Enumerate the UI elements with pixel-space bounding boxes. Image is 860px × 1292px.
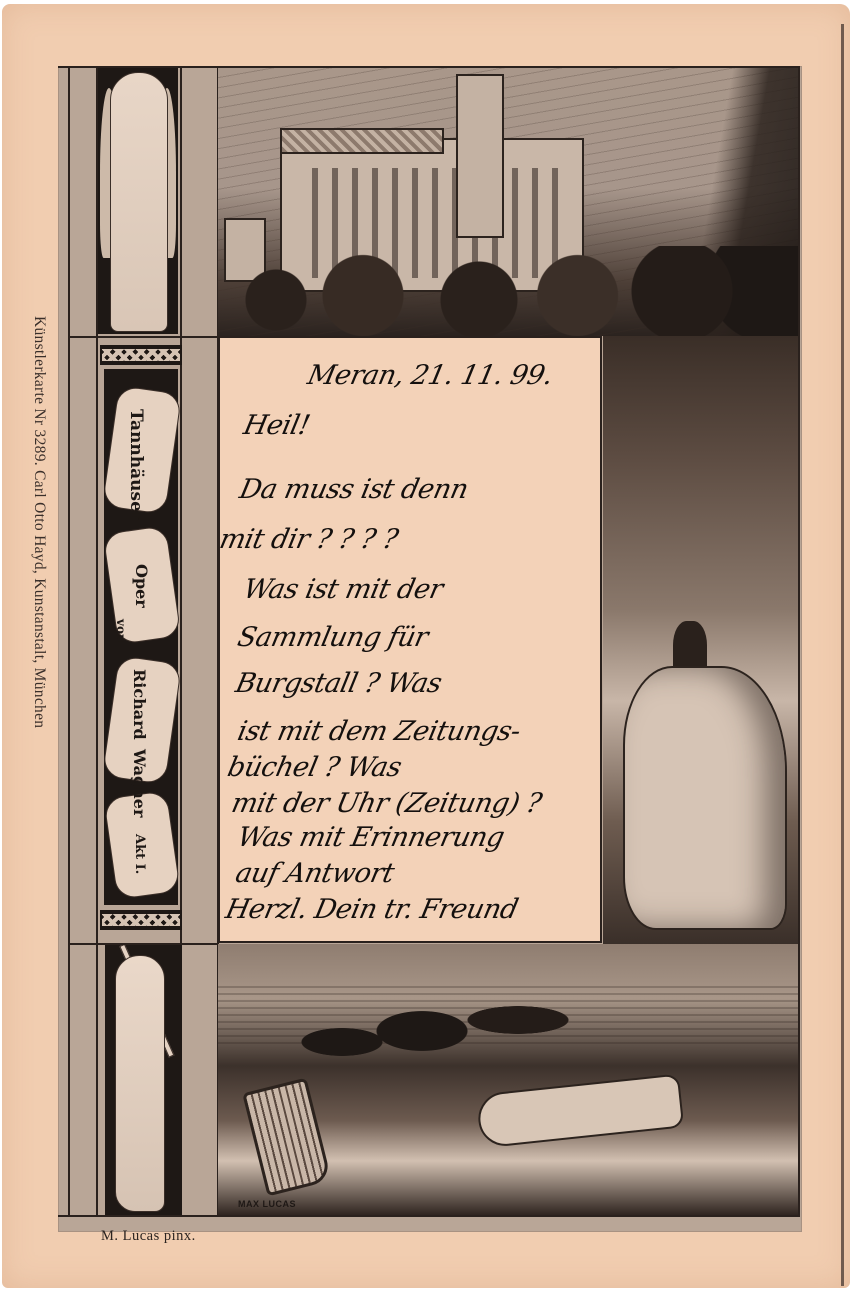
forest-treeline <box>218 246 798 336</box>
note-line: Burgstall ? Was <box>233 668 445 699</box>
note-line: Was ist mit der <box>241 574 446 605</box>
banner-title: Tannhäuser <box>126 409 146 521</box>
note-line: Sammlung für <box>235 622 431 653</box>
handwritten-message-panel: Meran, 21. 11. 99. Heil! Da muss ist den… <box>218 336 602 943</box>
frame-border-bottom <box>58 1215 800 1217</box>
plate-signature: MAX LUCAS <box>238 1199 296 1209</box>
hunting-party-scene <box>603 336 798 944</box>
card-edge-shadow <box>841 24 844 1286</box>
banner-line: Wagner <box>130 749 149 817</box>
diamond-border-top <box>100 345 182 365</box>
rock-cliff <box>623 666 787 930</box>
note-line: mit der Uhr (Zeitung) ? <box>229 788 545 819</box>
reclining-figure <box>476 1073 685 1148</box>
castle-scene <box>218 68 798 336</box>
banner-line: von <box>114 619 128 643</box>
pine-trees <box>278 954 598 1064</box>
opera-banner-panel: Tannhäuser Oper von Richard Wagner Akt I… <box>100 345 182 930</box>
castle-roof <box>280 128 444 154</box>
frame-border-left <box>68 66 70 1216</box>
castle-tower <box>456 74 504 238</box>
note-line: ist mit dem Zeitungs- <box>235 716 523 747</box>
frame-divider-upper <box>68 336 218 338</box>
note-line: Heil! <box>241 410 313 441</box>
muse-figure <box>115 955 165 1212</box>
artist-caption: M. Lucas pinx. <box>101 1228 196 1245</box>
note-line: Was mit Erinnerung <box>235 822 507 853</box>
note-line: büchel ? Was <box>225 752 404 783</box>
publisher-line: Künstlerkarte Nr 3289. Carl Otto Hayd, K… <box>30 316 48 728</box>
banner-line: Oper <box>132 564 151 608</box>
banner-line: Richard <box>130 669 149 740</box>
diamond-border-bottom <box>100 910 182 930</box>
note-place-date: Meran, 21. 11. 99. <box>305 360 556 391</box>
muse-panel <box>105 945 182 1215</box>
note-line: auf Antwort <box>233 858 397 889</box>
banner-line: Akt I. <box>132 834 147 874</box>
frame-border-right <box>798 66 800 1216</box>
angel-panel <box>98 68 178 334</box>
lakeside-scene: MAX LUCAS <box>218 944 798 1215</box>
banner-scroll-background: Tannhäuser Oper von Richard Wagner Akt I… <box>104 369 178 905</box>
note-line: mit dir ? ? ? ? <box>217 524 401 555</box>
praying-angel-figure <box>110 72 168 332</box>
harp-icon <box>242 1078 332 1197</box>
note-line: Da muss ist denn <box>237 474 471 505</box>
note-signoff: Herzl. Dein tr. Freund <box>223 894 521 925</box>
